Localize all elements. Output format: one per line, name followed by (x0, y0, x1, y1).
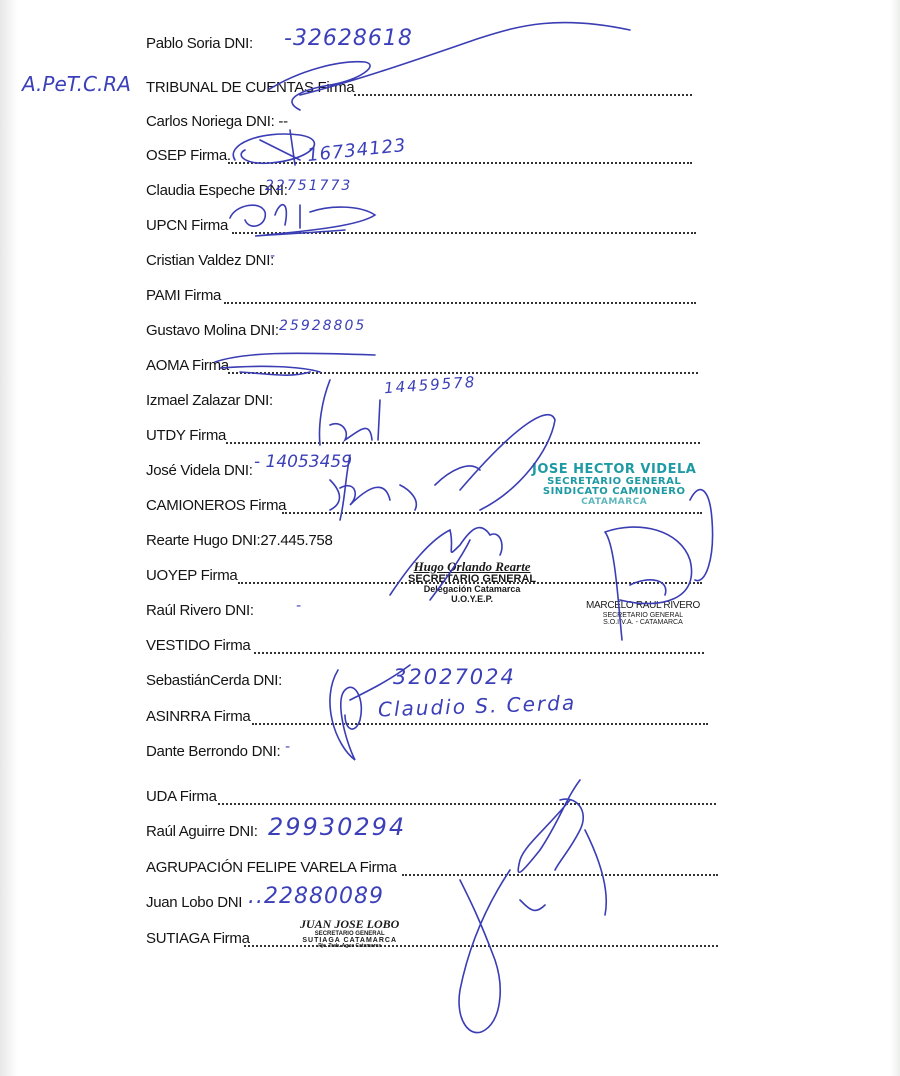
signature-line (226, 420, 700, 444)
row-label: Juan Lobo DNI (146, 894, 242, 911)
handwritten-dni-sebastian-cerda: 32027024 (393, 665, 516, 689)
stamp-line: JUAN JOSE LOBO (300, 918, 399, 931)
row-dante-berrondo-dni: Dante Berrondo DNI: (146, 741, 280, 763)
row-camioneros-firma: CAMIONEROS Firma (146, 495, 286, 517)
row-sutiaga-firma: SUTIAGA Firma (146, 928, 250, 950)
handwritten-dni-gustavo-molina: 25928805 (279, 318, 366, 334)
signature-line (254, 630, 704, 654)
row-sebastian-cerda-dni: SebastiánCerda DNI: (146, 670, 282, 692)
row-label: UPCN Firma (146, 217, 228, 234)
handwritten-dni-cristian-valdez: - (270, 248, 276, 264)
signature-line (224, 280, 696, 304)
stamp-line: Hugo Orlando Rearte (408, 560, 536, 574)
row-cristian-valdez-dni: Cristian Valdez DNI: (146, 250, 274, 272)
handwritten-dni-dante-berrondo: - (285, 739, 291, 755)
row-carlos-noriega-dni: Carlos Noriega DNI: -- (146, 111, 288, 133)
stamp-line: SECRETARIO GENERAL (586, 612, 700, 619)
row-tribunal-de-cuentas-firma: TRIBUNAL DE CUENTAS Firma (146, 77, 354, 99)
handwritten-dni-raul-aguirre: 29930294 (268, 813, 406, 841)
row-pablo-soria-dni: Pablo Soria DNI: (146, 33, 253, 55)
row-rearte-hugo-dni: Rearte Hugo DNI:27.445.758 (146, 530, 333, 552)
signature-line (402, 852, 718, 876)
stamp-line: MARCELO RAUL RIVERO (586, 601, 700, 612)
row-agrupacion-felipe-varela-firma: AGRUPACIÓN FELIPE VARELA Firma (146, 857, 397, 879)
page-edge-shadow-right (890, 0, 900, 1076)
stamp-line: U.O.Y.E.P. (408, 595, 536, 604)
row-label: PAMI Firma (146, 287, 221, 304)
row-uoyep-firma: UOYEP Firma (146, 565, 237, 587)
stamp-vestido: MARCELO RAUL RIVERO SECRETARIO GENERAL S… (586, 601, 700, 626)
signature-line (232, 210, 696, 234)
row-izmael-zalazar-dni: Izmael Zalazar DNI: (146, 390, 273, 412)
row-label: Dante Berrondo DNI: (146, 743, 280, 760)
handwritten-dni-pablo-soria: -32628618 (284, 26, 413, 51)
stamp-line: SECRETARIO GENERAL (300, 931, 399, 937)
handwritten-side-note: A.PeT.C.RA (22, 72, 131, 96)
row-label: Raúl Rivero DNI: (146, 602, 254, 619)
row-label: Carlos Noriega DNI: -- (146, 113, 288, 130)
row-label: Izmael Zalazar DNI: (146, 392, 273, 409)
row-label: ASINRRA Firma (146, 708, 250, 725)
stamp-line: CATAMARCA (532, 498, 696, 507)
handwritten-dni-juan-lobo: ..22880089 (248, 884, 384, 909)
row-label: OSEP Firma. (146, 147, 231, 164)
row-label: UDA Firma (146, 788, 217, 805)
signature-line (354, 72, 692, 96)
row-vestido-firma: VESTIDO Firma (146, 635, 250, 657)
row-label: Rearte Hugo DNI:27.445.758 (146, 532, 333, 549)
row-label: SebastiánCerda DNI: (146, 672, 282, 689)
row-upcn-firma: UPCN Firma (146, 215, 228, 237)
row-label: José Videla DNI: (146, 462, 253, 479)
row-label: AGRUPACIÓN FELIPE VARELA Firma (146, 859, 397, 876)
signature-line (228, 350, 698, 374)
row-label: UTDY Firma (146, 427, 226, 444)
row-gustavo-molina-dni: Gustavo Molina DNI: (146, 320, 279, 342)
row-raul-rivero-dni: Raúl Rivero DNI: (146, 600, 254, 622)
row-label: AOMA Firma (146, 357, 229, 374)
row-jose-videla-dni: José Videla DNI: (146, 460, 253, 482)
handwritten-dni-jose-videla: - 14053459 (254, 452, 352, 472)
row-label: Raúl Aguirre DNI: (146, 823, 258, 840)
row-label: UOYEP Firma (146, 567, 237, 584)
row-asinrra-firma: ASINRRA Firma (146, 706, 250, 728)
row-aoma-firma: AOMA Firma (146, 355, 229, 377)
stamp-line: Pje. Trab. Agua Catamarca (300, 944, 399, 949)
signature-line (218, 781, 716, 805)
row-label: Pablo Soria DNI: (146, 35, 253, 52)
stamp-uoyep: Hugo Orlando Rearte SECRETARIO GENERAL D… (408, 560, 536, 604)
page-edge-shadow (0, 0, 18, 1076)
row-label: Gustavo Molina DNI: (146, 322, 279, 339)
row-label: SUTIAGA Firma (146, 930, 250, 947)
handwritten-dni-raul-rivero: - (296, 598, 302, 614)
row-label: TRIBUNAL DE CUENTAS Firma (146, 79, 354, 96)
stamp-line: S.O.I.V.A. - CATAMARCA (586, 619, 700, 626)
row-label: VESTIDO Firma (146, 637, 250, 654)
row-juan-lobo-dni: Juan Lobo DNI (146, 892, 242, 914)
signature-sutiaga (459, 870, 545, 1033)
signature-line (228, 140, 692, 164)
row-label: CAMIONEROS Firma (146, 497, 286, 514)
handwritten-dni-izmael-zalazar: 14459578 (383, 373, 476, 397)
row-utdy-firma: UTDY Firma (146, 425, 226, 447)
row-label: Cristian Valdez DNI: (146, 252, 274, 269)
handwritten-dni-claudia-espeche: 22751773 (265, 178, 352, 194)
row-osep-firma: OSEP Firma. (146, 145, 231, 167)
row-uda-firma: UDA Firma (146, 786, 217, 808)
row-pami-firma: PAMI Firma (146, 285, 221, 307)
row-raul-aguirre-dni: Raúl Aguirre DNI: (146, 821, 258, 843)
stamp-line: JOSE HECTOR VIDELA (532, 463, 696, 477)
stamp-sutiaga: JUAN JOSE LOBO SECRETARIO GENERAL SUTIAG… (300, 918, 399, 949)
stamp-camioneros: JOSE HECTOR VIDELA SECRETARIO GENERAL SI… (532, 463, 696, 507)
